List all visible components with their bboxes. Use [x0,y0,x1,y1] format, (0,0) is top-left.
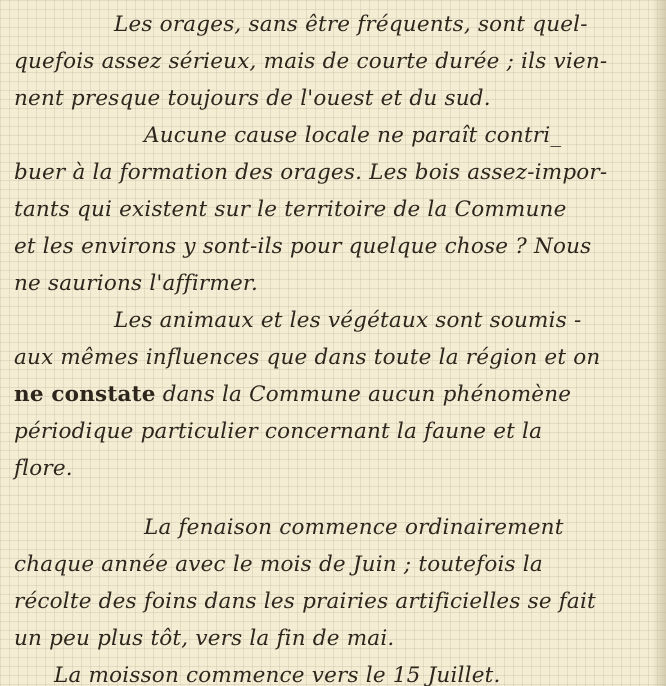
text-line: flore. [14,450,654,487]
text-line: ne saurions l'affirmer. [14,265,654,302]
text-line: nent presque toujours de l'ouest et du s… [14,80,654,117]
text-line: Les animaux et les végétaux sont soumis … [14,302,654,339]
inserted-word: ne constate [14,382,156,407]
text-line: La fenaison commence ordinairement [14,509,654,546]
manuscript-page: Les orages, sans être fréquents, sont qu… [0,0,666,686]
text-line: quefois assez sérieux, mais de courte du… [14,43,654,80]
text-fragment: dans la Commune aucun phénomène [163,382,572,407]
paragraph-gap [14,487,654,509]
text-line: Les orages, sans être fréquents, sont qu… [14,6,654,43]
text-line: Aucune cause locale ne paraît contri_ [14,117,654,154]
text-line: récolte des foins dans les prairies arti… [14,583,654,620]
text-line: ne constate dans la Commune aucun phénom… [14,376,654,413]
text-line: chaque année avec le mois de Juin ; tout… [14,546,654,583]
paragraph-fenaison: La fenaison commence ordinairement chaqu… [14,509,654,657]
text-line: périodique particulier concernant la fau… [14,413,654,450]
paragraph-faune-flore: Les animaux et les végétaux sont soumis … [14,302,654,487]
text-line: et les environs y sont-ils pour quelque … [14,228,654,265]
text-line: tants qui existent sur le territoire de … [14,191,654,228]
text-line: La moisson commence vers le 15 Juillet. [14,657,654,686]
manuscript-text: Les orages, sans être fréquents, sont qu… [14,6,654,686]
text-line: un peu plus tôt, vers la fin de mai. [14,620,654,657]
text-line: aux mêmes influences que dans toute la r… [14,339,654,376]
paragraph-cause-locale: Aucune cause locale ne paraît contri_ bu… [14,117,654,302]
paragraph-orages: Les orages, sans être fréquents, sont qu… [14,6,654,117]
text-line: buer à la formation des orages. Les bois… [14,154,654,191]
paragraph-moisson: La moisson commence vers le 15 Juillet. [14,657,654,686]
